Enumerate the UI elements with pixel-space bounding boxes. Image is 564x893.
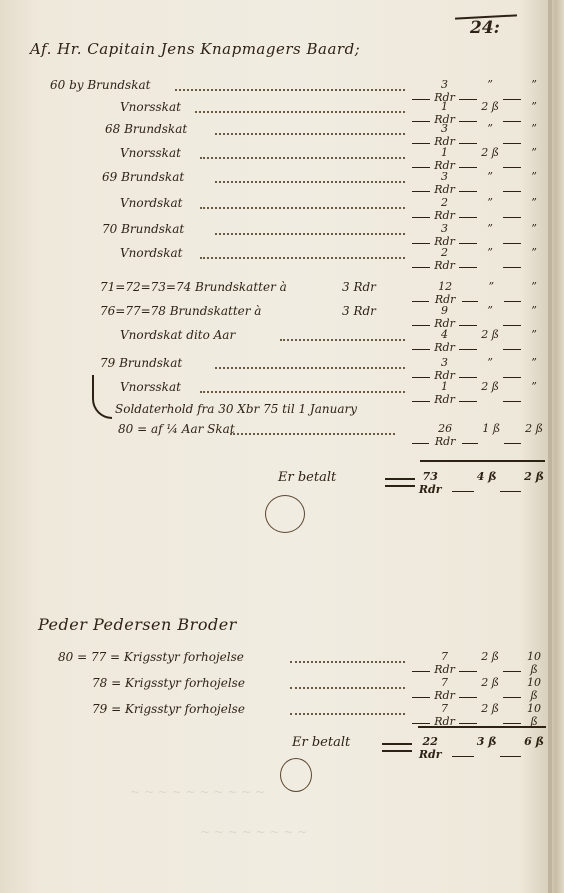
row-amount: 2 Rdr ” ”: [410, 246, 545, 272]
ledger-row: Vnordskat 2 Rdr ” ”: [0, 246, 548, 268]
manuscript-page: 24: Af. Hr. Capitain Jens Knapmagers Baa…: [0, 0, 564, 893]
row-rate: 3 Rdr: [342, 304, 376, 318]
row-label: Vnordskat dito Aar: [120, 328, 235, 342]
leader-dots: [290, 713, 405, 715]
row-label: Vnordskat: [120, 246, 182, 260]
row-label: Vnordskat: [120, 196, 182, 210]
leader-dots: [215, 367, 405, 369]
leader-dots: [200, 157, 405, 159]
leader-dots: [195, 111, 405, 113]
row-label: 76=77=78 Brundskatter à: [100, 304, 261, 318]
folio-number: 24:: [470, 18, 500, 38]
row-label: 70 Brundskat: [102, 222, 184, 236]
row-label: 60 by Brundskat: [50, 78, 150, 92]
ledger-row: 79 = Krigsstyr forhojelse 7 Rdr 2 ß 10 ß: [0, 702, 548, 724]
leader-dots: [200, 207, 405, 209]
bleed-through-text: ~ ~ ~ ~ ~ ~ ~ ~: [200, 825, 307, 839]
leader-dots: [290, 687, 405, 689]
row-amount: 7 Rdr 2 ß 10 ß: [410, 702, 545, 728]
account1-heading: Af. Hr. Capitain Jens Knapmagers Baard;: [30, 40, 360, 58]
row-amount: 9 Rdr ” ”: [410, 304, 545, 330]
loop-flourish: [265, 495, 305, 533]
row-label: Vnorsskat: [120, 146, 181, 160]
row-label: 79 = Krigsstyr forhojelse: [92, 702, 245, 716]
ledger-row: 76=77=78 Brundskatter à 3 Rdr 9 Rdr ” ”: [0, 304, 548, 326]
leader-dots: [175, 89, 405, 91]
row-amount: 2 Rdr ” ”: [410, 196, 545, 222]
leader-dots: [290, 661, 405, 663]
ledger-row: Vnorsskat 1 Rdr 2 ß ”: [0, 146, 548, 168]
row-label: 68 Brundskat: [105, 122, 187, 136]
row-amount: 4 Rdr 2 ß ”: [410, 328, 545, 354]
ledger-row: 80 = af ¼ Aar Skat 26 Rdr 1 ß 2 ß: [0, 422, 548, 444]
account2-heading: Peder Pedersen Broder: [38, 615, 237, 634]
loop-flourish: [280, 758, 312, 792]
account2-total-row: 22 Rdr 3 ß 6 ß: [0, 735, 548, 757]
row-label: Soldaterhold fra 30 Xbr 75 til 1 January: [115, 402, 357, 416]
leader-dots: [230, 433, 395, 435]
leader-dots: [215, 233, 405, 235]
row-label: 78 = Krigsstyr forhojelse: [92, 676, 245, 690]
leader-dots: [215, 181, 405, 183]
row-amount: 3 Rdr ” ”: [410, 170, 545, 196]
row-amount: 1 Rdr 2 ß ”: [410, 146, 545, 172]
book-binding-edge: [548, 0, 552, 893]
row-amount: 7 Rdr 2 ß 10 ß: [410, 676, 545, 702]
ledger-row: 68 Brundskat 3 Rdr ” ”: [0, 122, 548, 144]
row-label: Vnorsskat: [120, 100, 181, 114]
total-amount: 73 Rdr 4 ß 2 ß: [410, 470, 545, 496]
total-amount: 22 Rdr 3 ß 6 ß: [410, 735, 545, 761]
row-amount: 7 Rdr 2 ß 10 ß: [410, 650, 545, 676]
ledger-row: 69 Brundskat 3 Rdr ” ”: [0, 170, 548, 192]
sum-rule: [420, 460, 545, 462]
ledger-row: Vnordskat 2 Rdr ” ”: [0, 196, 548, 218]
ledger-row: 80 = 77 = Krigsstyr forhojelse 7 Rdr 2 ß…: [0, 650, 548, 672]
leader-dots: [280, 339, 405, 341]
row-label: 80 = 77 = Krigsstyr forhojelse: [58, 650, 244, 664]
row-label: Vnorsskat: [120, 380, 181, 394]
row-amount: 26 Rdr 1 ß 2 ß: [410, 422, 545, 448]
leader-dots: [200, 391, 405, 393]
row-amount: 3 Rdr ” ”: [410, 222, 545, 248]
ledger-row: Vnorsskat 1 Rdr 2 ß ”: [0, 380, 548, 402]
row-amount: 3 Rdr ” ”: [410, 122, 545, 148]
leader-dots: [200, 257, 405, 259]
row-rate: 3 Rdr: [342, 280, 376, 294]
row-label: 79 Brundskat: [100, 356, 182, 370]
ledger-row: Vnordskat dito Aar 4 Rdr 2 ß ”: [0, 328, 548, 350]
ledger-row: 79 Brundskat 3 Rdr ” ”: [0, 356, 548, 378]
account1-total-row: 73 Rdr 4 ß 2 ß: [0, 470, 548, 492]
row-amount: 3 Rdr ” ”: [410, 356, 545, 382]
row-label: 80 = af ¼ Aar Skat: [118, 422, 235, 436]
row-label: 69 Brundskat: [102, 170, 184, 184]
ledger-row: 70 Brundskat 3 Rdr ” ”: [0, 222, 548, 244]
row-amount: 12 Rdr ” ”: [410, 280, 545, 306]
ledger-row: 78 = Krigsstyr forhojelse 7 Rdr 2 ß 10 ß: [0, 676, 548, 698]
bleed-through-text: ~ ~ ~ ~ ~ ~ ~ ~ ~ ~: [130, 785, 265, 799]
leader-dots: [215, 133, 405, 135]
row-label: 71=72=73=74 Brundskatter à: [100, 280, 287, 294]
ledger-row: 71=72=73=74 Brundskatter à 3 Rdr 12 Rdr …: [0, 280, 548, 302]
sum-rule: [418, 726, 546, 728]
